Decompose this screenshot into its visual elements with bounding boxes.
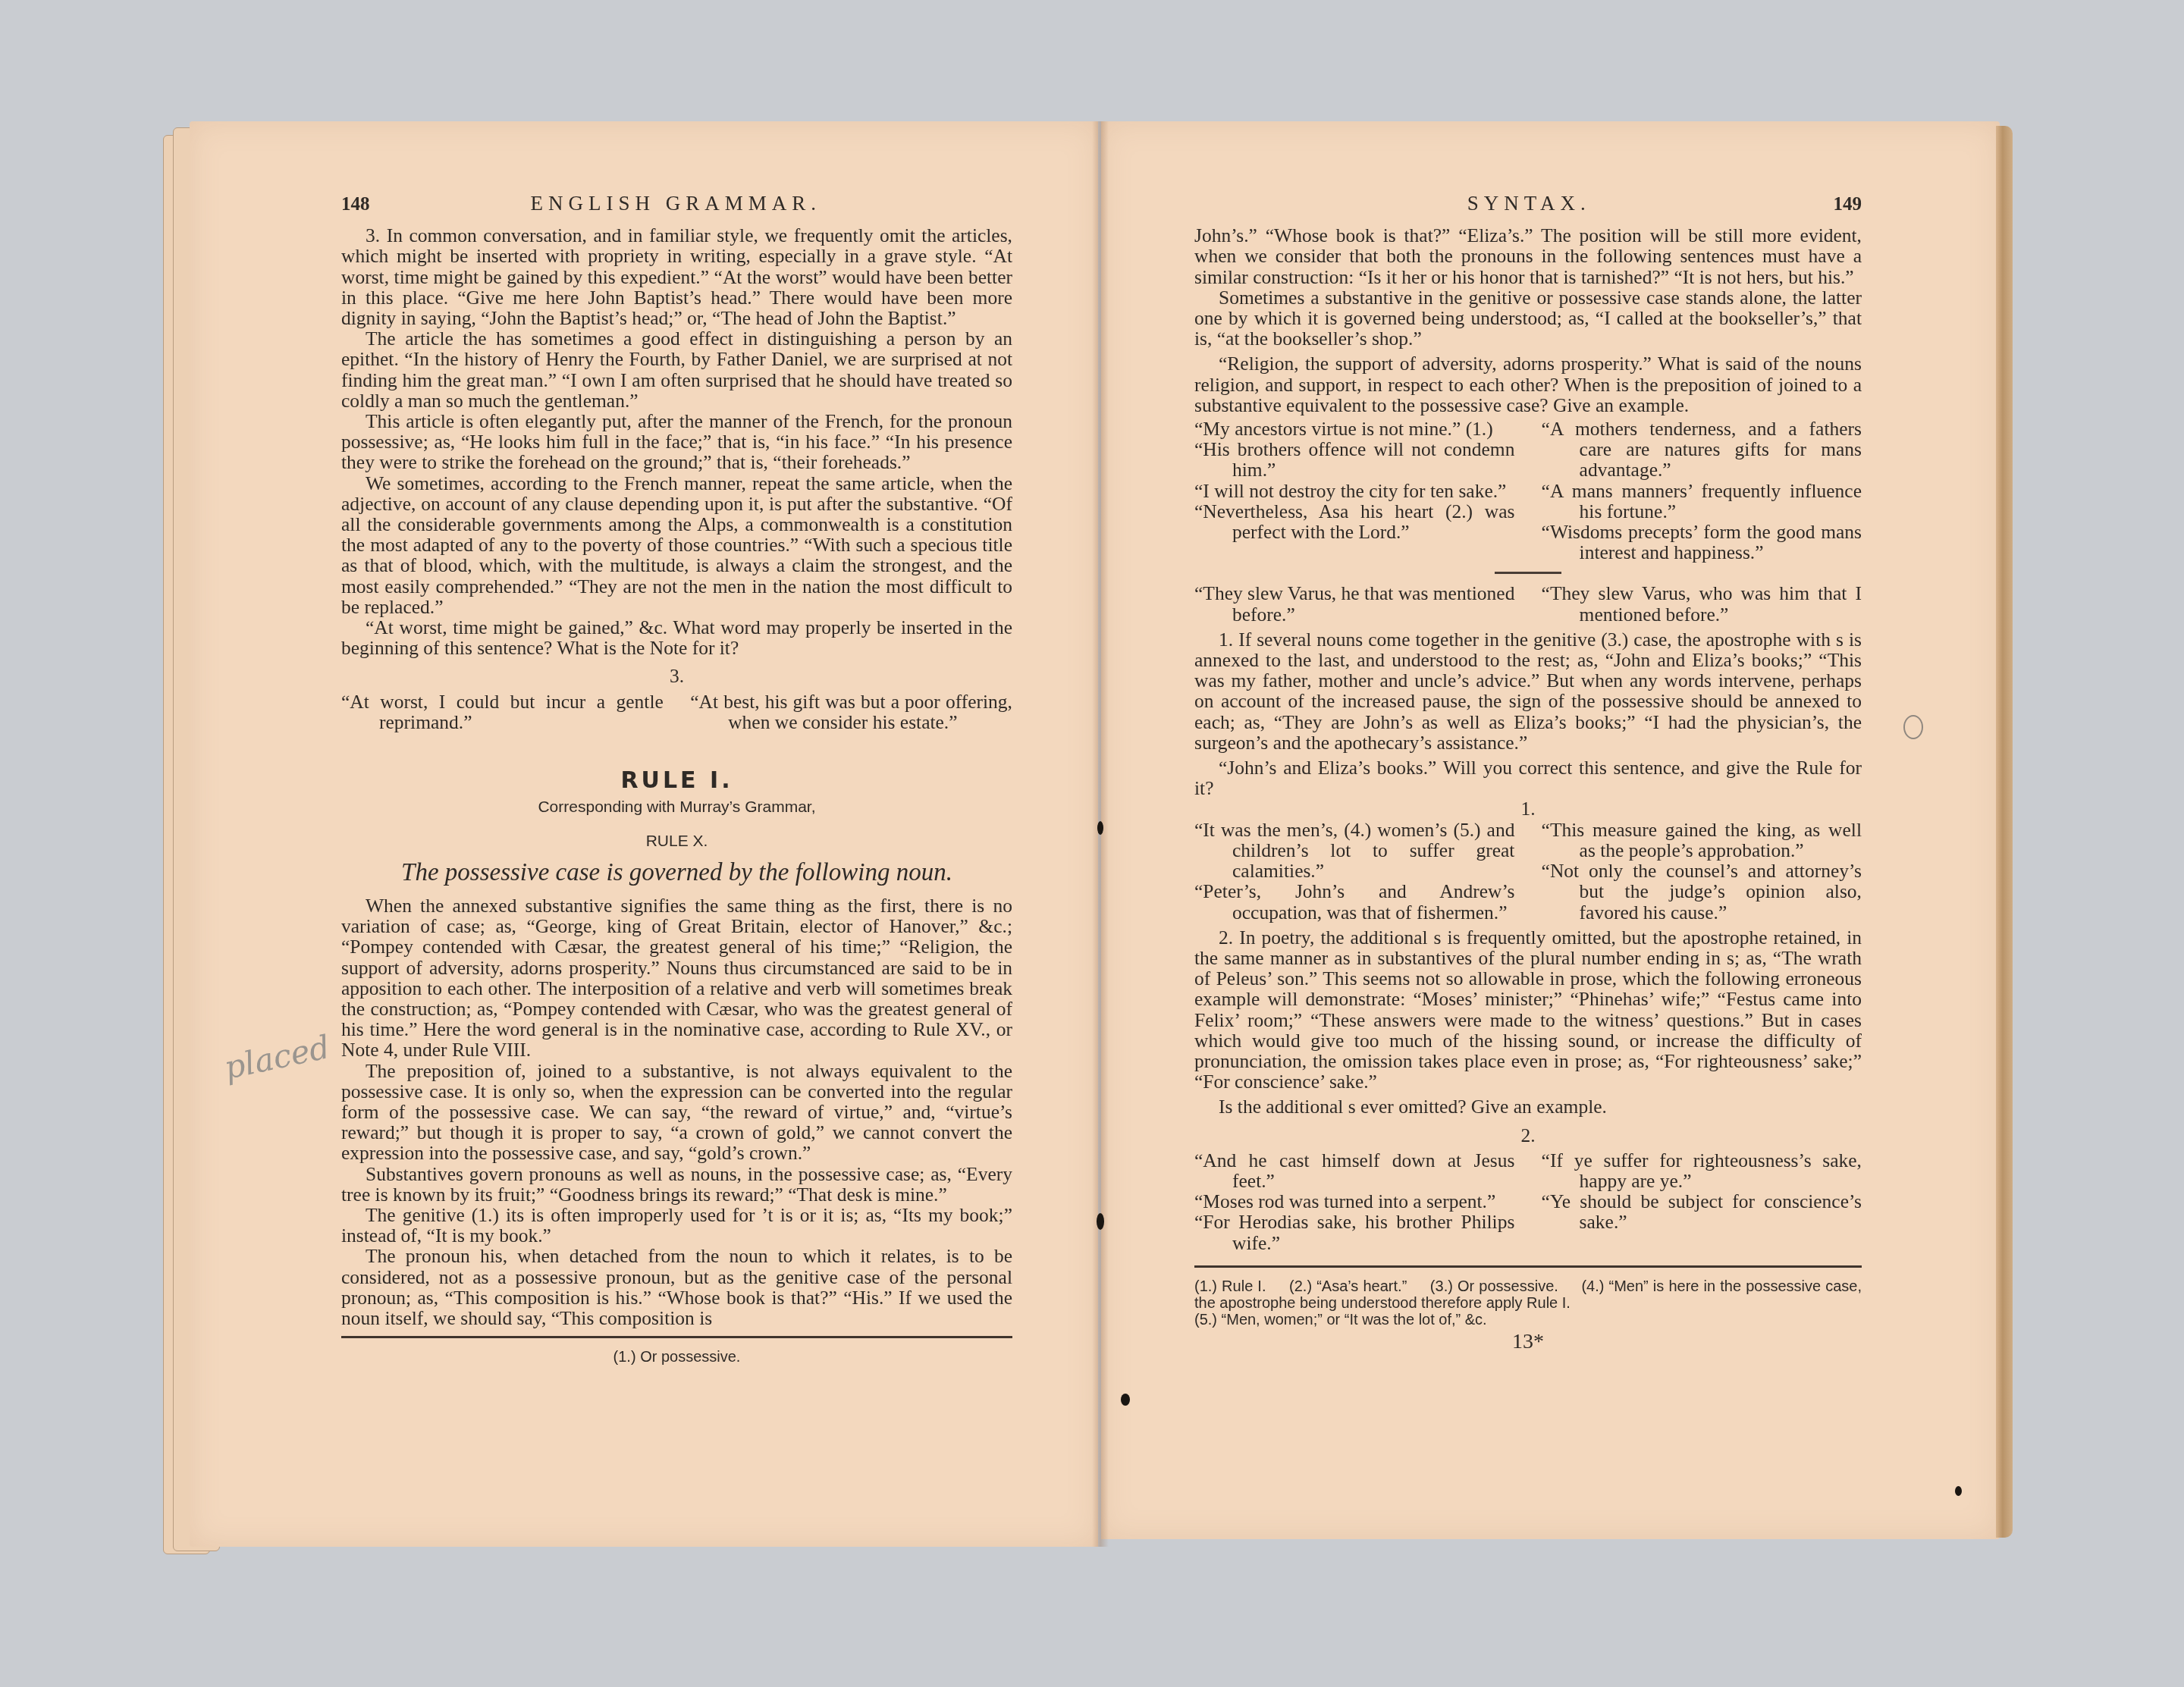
paragraph: Substantives govern pronouns as well as … bbox=[341, 1164, 1012, 1205]
exercise-pair: My ancestors virtue is not mine.” (1.) H… bbox=[1194, 419, 1862, 563]
binding-thread-dot bbox=[1097, 1213, 1104, 1230]
binding-thread-dot bbox=[1097, 821, 1103, 835]
rule-heading: RULE I. bbox=[341, 770, 1012, 791]
left-page-text: 148 ENGLISH GRAMMAR. 3. In common conver… bbox=[341, 193, 1012, 1366]
right-fore-edge bbox=[1996, 126, 2013, 1538]
paragraph: The article the has sometimes a good eff… bbox=[341, 328, 1012, 411]
exercise-pair: At worst, I could but incur a gentle rep… bbox=[341, 691, 1012, 732]
exercise-item: Moses rod was turned into a serpent.” bbox=[1194, 1191, 1514, 1212]
paragraph: John’s.” “Whose book is that?” “Eliza’s.… bbox=[1194, 225, 1862, 287]
footnote: (5.) “Men, women;” or “It was the lot of… bbox=[1194, 1312, 1862, 1328]
paragraph: The genitive (1.) its is often improperl… bbox=[341, 1205, 1012, 1246]
exercise-item: His brothers offence will not condemn hi… bbox=[1194, 439, 1514, 480]
exercise-item: Nevertheless, Asa his heart (2.) was per… bbox=[1194, 501, 1514, 542]
punch-hole-mark bbox=[1903, 715, 1923, 739]
paragraph: 3. In common conversation, and in famili… bbox=[341, 225, 1012, 328]
exercise-item: Not only the counsel’s and attorney’s bu… bbox=[1542, 861, 1862, 923]
exercise-item: They slew Varus, who was him that I ment… bbox=[1542, 583, 1862, 624]
exercise-item: This measure gained the king, as well as… bbox=[1542, 820, 1862, 861]
footnote: (1.) Rule I. (2.) “Asa’s heart.” (3.) Or… bbox=[1194, 1278, 1862, 1312]
paragraph: When the annexed substantive signifies t… bbox=[341, 895, 1012, 1061]
exercise-item: For Herodias sake, his brother Philips w… bbox=[1194, 1212, 1514, 1253]
exercise-item: At worst, I could but incur a gentle rep… bbox=[341, 691, 664, 732]
exercise-number: 2. bbox=[1194, 1125, 1862, 1146]
footnote: (1.) Or possessive. bbox=[341, 1349, 1012, 1366]
exercise-pair: And he cast himself down at Jesus feet.”… bbox=[1194, 1150, 1862, 1253]
question: “John’s and Eliza’s books.” Will you cor… bbox=[1194, 757, 1862, 798]
question: “At worst, time might be gained,” &c. Wh… bbox=[341, 617, 1012, 658]
murray-rule: RULE X. bbox=[341, 831, 1012, 851]
signature-mark: 13* bbox=[1194, 1331, 1862, 1352]
footnote-divider bbox=[341, 1336, 1012, 1338]
exercise-number: 3. bbox=[341, 666, 1012, 686]
paragraph: This article is often elegantly put, aft… bbox=[341, 411, 1012, 473]
exercise-item: A mothers tenderness, and a fathers care… bbox=[1542, 419, 1862, 481]
note-paragraph: 2. In poetry, the additional s is freque… bbox=[1194, 927, 1862, 1093]
paragraph: We sometimes, according to the French ma… bbox=[341, 473, 1012, 617]
exercise-number: 1. bbox=[1194, 798, 1862, 819]
footnote-divider bbox=[1194, 1265, 1862, 1268]
exercise-item: And he cast himself down at Jesus feet.” bbox=[1194, 1150, 1514, 1191]
exercise-item: Peter’s, John’s and Andrew’s occupation,… bbox=[1194, 881, 1514, 922]
exercise-pair: It was the men’s, (4.) women’s (5.) and … bbox=[1194, 820, 1862, 923]
question: Is the additional s ever omitted? Give a… bbox=[1194, 1096, 1862, 1117]
left-running-head: 148 ENGLISH GRAMMAR. bbox=[341, 193, 1012, 215]
exercise-item: Ye should be subject for conscience’s sa… bbox=[1542, 1191, 1862, 1232]
running-head-title: ENGLISH GRAMMAR. bbox=[530, 193, 821, 214]
exercise-item: At best, his gift was but a poor offerin… bbox=[690, 691, 1012, 732]
section-divider bbox=[1495, 572, 1561, 574]
exercise-item: A mans manners’ frequently influence his… bbox=[1542, 481, 1862, 522]
exercise-pair: They slew Varus, he that was mentioned b… bbox=[1194, 583, 1862, 624]
note-paragraph: 1. If several nouns come together in the… bbox=[1194, 629, 1862, 753]
right-page-text: SYNTAX. 149 John’s.” “Whose book is that… bbox=[1194, 193, 1862, 1352]
ink-spot bbox=[1955, 1486, 1962, 1496]
exercise-item: It was the men’s, (4.) women’s (5.) and … bbox=[1194, 820, 1514, 882]
rule-corresponding: Corresponding with Murray’s Grammar, bbox=[341, 797, 1012, 817]
page-number: 148 bbox=[341, 194, 370, 215]
right-running-head: SYNTAX. 149 bbox=[1194, 193, 1862, 215]
exercise-item: I will not destroy the city for ten sake… bbox=[1194, 481, 1514, 501]
exercise-item: They slew Varus, he that was mentioned b… bbox=[1194, 583, 1514, 624]
paragraph: Sometimes a substantive in the genitive … bbox=[1194, 287, 1862, 350]
page-number: 149 bbox=[1834, 194, 1862, 215]
exercise-item: Wisdoms precepts’ form the good mans int… bbox=[1542, 522, 1862, 563]
ink-spot bbox=[1121, 1394, 1130, 1406]
rule-statement: The possessive case is governed by the f… bbox=[341, 863, 1012, 883]
paragraph: The preposition of, joined to a substant… bbox=[341, 1061, 1012, 1164]
question: “Religion, the support of adversity, ado… bbox=[1194, 353, 1862, 415]
exercise-item: If ye suffer for righteousness’s sake, h… bbox=[1542, 1150, 1862, 1191]
exercise-item: My ancestors virtue is not mine.” (1.) bbox=[1194, 419, 1514, 439]
running-head-title: SYNTAX. bbox=[1467, 193, 1591, 214]
paragraph: The pronoun his, when detached from the … bbox=[341, 1246, 1012, 1328]
